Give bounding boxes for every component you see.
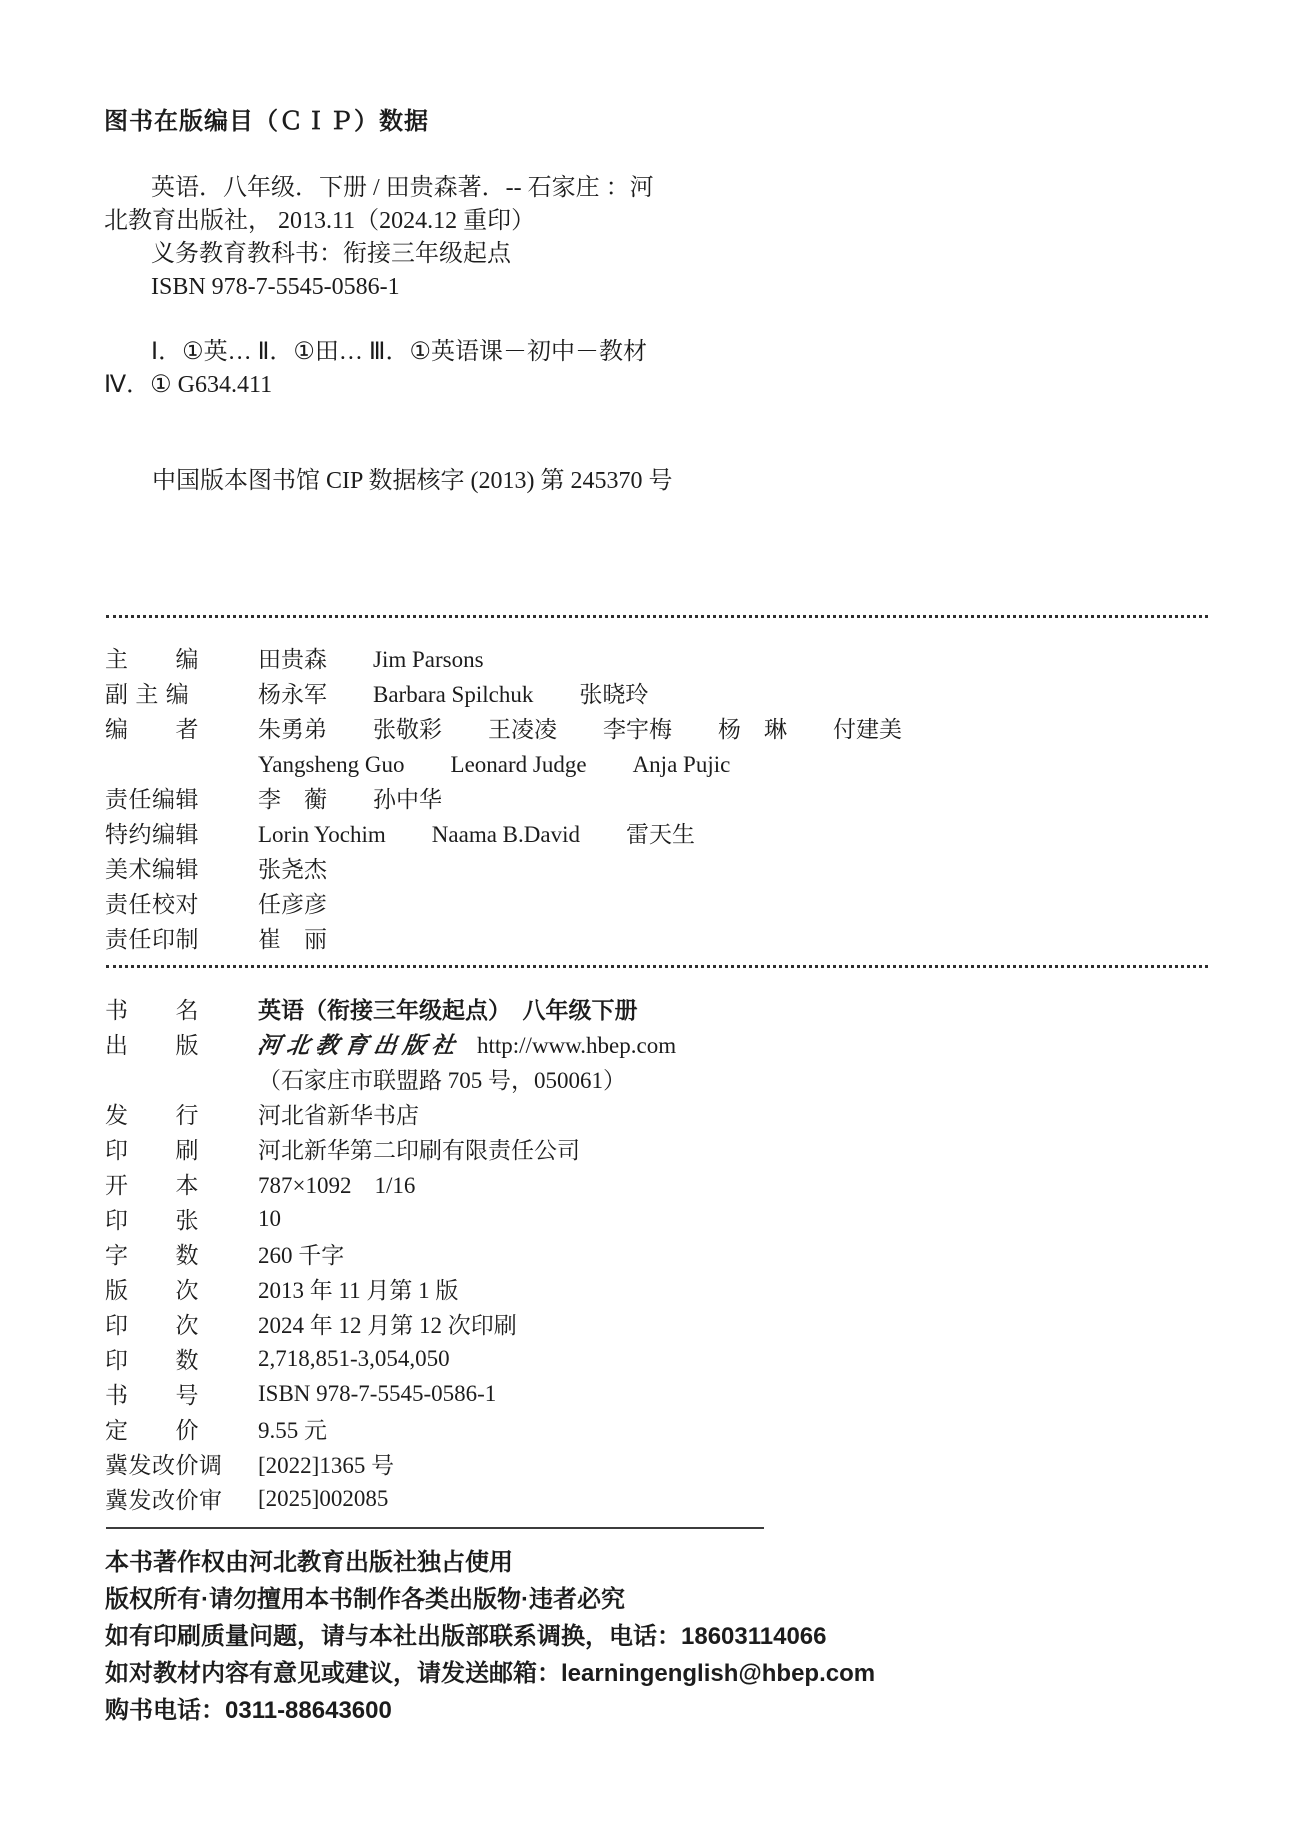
- publication-row-publisher: 出 版 河北教育出版社http://www.hbep.com: [105, 1026, 676, 1061]
- credit-names: Yangsheng Guo Leonard Judge Anja Pujic: [258, 746, 730, 779]
- publication-field-label: 冀发改价调: [105, 1447, 197, 1480]
- credits-row-print-supervisor: 责任印制 崔 丽: [105, 920, 902, 955]
- cip-record-line: 义务教育教科书：衔接三年级起点: [104, 238, 824, 271]
- publication-row-word-count: 字 数 260 千字: [105, 1236, 676, 1271]
- credits-row-authors-continued: Yangsheng Guo Leonard Judge Anja Pujic: [105, 745, 902, 780]
- credit-names: Lorin Yochim Naama B.David 雷天生: [258, 816, 695, 849]
- publication-block: 书 名 英语（衔接三年级起点） 八年级下册 出 版 河北教育出版社http://…: [105, 991, 676, 1516]
- cip-registry-number: 中国版本图书馆 CIP 数据核字 (2013) 第 245370 号: [152, 460, 672, 495]
- publication-field-value: 2,718,851-3,054,050: [258, 1346, 450, 1372]
- notice-phone-number: 0311-88643600: [225, 1697, 392, 1724]
- notice-line-feedback-email: 如对教材内容有意见或建议，请发送邮箱：learningenglish@hbep.…: [105, 1655, 875, 1692]
- publication-row-print-run: 印 数 2,718,851-3,054,050: [105, 1341, 676, 1376]
- cip-header: 图书在版编目（ＣＩＰ）数据: [104, 101, 429, 136]
- cip-record-line: ISBN 978-7-5545-0586-1: [104, 271, 824, 304]
- publication-field-value: 2024 年 12 月第 12 次印刷: [258, 1307, 517, 1340]
- publication-field-value: 2013 年 11 月第 1 版: [258, 1272, 458, 1305]
- publication-field-value: 10: [258, 1206, 281, 1232]
- publication-field-value: [2022]1365 号: [258, 1447, 394, 1480]
- credit-names: 任彦彦: [258, 886, 327, 919]
- publication-row-sheets: 印 张 10: [105, 1201, 676, 1236]
- publication-field-label: 印 次: [105, 1307, 197, 1340]
- solid-divider: [106, 1527, 764, 1529]
- dotted-divider-top: [106, 615, 1208, 618]
- publication-field-label: 书 名: [105, 992, 197, 1025]
- publication-row-isbn: 书 号 ISBN 978-7-5545-0586-1: [105, 1376, 676, 1411]
- publication-field-label: 出 版: [105, 1027, 197, 1060]
- notice-line-all-rights-reserved: 版权所有·请勿擅用本书制作各类出版物·违者必究: [105, 1581, 875, 1618]
- publication-field-label: 发 行: [105, 1097, 197, 1130]
- credit-role-label: 副 主 编: [105, 676, 197, 709]
- cip-record: 英语．八年级．下册 / 田贵森著．-- 石家庄 ：河 北教育出版社， 2013.…: [104, 172, 824, 304]
- cip-record-line: 北教育出版社， 2013.11（2024.12 重印）: [104, 205, 824, 238]
- credits-row-deputy-editor: 副 主 编 杨永军 Barbara Spilchuk 张晓玲: [105, 675, 902, 710]
- book-title: 英语（衔接三年级起点） 八年级下册: [258, 992, 638, 1025]
- publication-field-label: 版 次: [105, 1272, 197, 1305]
- publication-field-label: 印 刷: [105, 1132, 197, 1165]
- credits-row-chief-editor: 主 编 田贵森 Jim Parsons: [105, 640, 902, 675]
- cip-classification-line: Ⅳ．① G634.411: [104, 369, 824, 402]
- publisher-value: 河北教育出版社http://www.hbep.com: [258, 1027, 676, 1060]
- cip-record-line: 英语．八年级．下册 / 田贵森著．-- 石家庄 ：河: [104, 172, 824, 205]
- publication-row-edition: 版 次 2013 年 11 月第 1 版: [105, 1271, 676, 1306]
- dotted-divider-bottom: [106, 965, 1208, 968]
- publication-field-value: 河北省新华书店: [258, 1097, 419, 1130]
- credit-names: 李 蘅 孙中华: [258, 781, 442, 814]
- publication-field-value: ISBN 978-7-5545-0586-1: [258, 1381, 496, 1407]
- publication-field-label: 冀发改价审: [105, 1482, 197, 1515]
- publication-field-value: [2025]002085: [258, 1486, 388, 1512]
- credits-row-art-editor: 美术编辑 张尧杰: [105, 850, 902, 885]
- publication-row-price-adjustment: 冀发改价调 [2022]1365 号: [105, 1446, 676, 1481]
- credits-row-proofreader: 责任校对 任彦彦: [105, 885, 902, 920]
- notice-email-address: learningenglish@hbep.com: [561, 1660, 875, 1687]
- credit-role-label: 责任校对: [105, 886, 197, 919]
- credit-names: 杨永军 Barbara Spilchuk 张晓玲: [258, 676, 648, 709]
- notice-text: 如有印刷质量问题，请与本社出版部联系调换，电话：: [105, 1623, 681, 1650]
- publisher-url: http://www.hbep.com: [477, 1033, 676, 1058]
- cip-classification: Ⅰ．①英… Ⅱ．①田… Ⅲ．①英语课－初中－教材 Ⅳ．① G634.411: [104, 336, 824, 402]
- notice-line-purchase-phone: 购书电话：0311-88643600: [105, 1692, 875, 1729]
- publication-field-label: 书 号: [105, 1377, 197, 1410]
- notice-phone-number: 18603114066: [681, 1623, 827, 1650]
- notice-text: 版权所有·请勿擅用本书制作各类出版物·违者必究: [105, 1586, 625, 1613]
- publication-row-printer: 印 刷 河北新华第二印刷有限责任公司: [105, 1131, 676, 1166]
- notice-text: 如对教材内容有意见或建议，请发送邮箱：: [105, 1660, 561, 1687]
- publication-field-label: 印 数: [105, 1342, 197, 1375]
- credits-block: 主 编 田贵森 Jim Parsons 副 主 编 杨永军 Barbara Sp…: [105, 640, 902, 955]
- publication-field-label: 开 本: [105, 1167, 197, 1200]
- credit-role-label: 特约编辑: [105, 816, 197, 849]
- publication-row-impression: 印 次 2024 年 12 月第 12 次印刷: [105, 1306, 676, 1341]
- publication-field-label: 定 价: [105, 1412, 197, 1445]
- publisher-address: （石家庄市联盟路 705 号，050061）: [258, 1062, 626, 1095]
- publication-row-title: 书 名 英语（衔接三年级起点） 八年级下册: [105, 991, 676, 1026]
- credit-names: 朱勇弟 张敬彩 王凌凌 李宇梅 杨 琳 付建美: [258, 711, 902, 744]
- credits-row-authors: 编 者 朱勇弟 张敬彩 王凌凌 李宇梅 杨 琳 付建美: [105, 710, 902, 745]
- credit-role-label: 主 编: [105, 641, 197, 674]
- publication-field-value: 260 千字: [258, 1237, 344, 1270]
- publication-row-distributor: 发 行 河北省新华书店: [105, 1096, 676, 1131]
- credit-role-label: 编 者: [105, 711, 197, 744]
- publication-field-value: 787×1092 1/16: [258, 1167, 415, 1200]
- credits-row-responsible-editor: 责任编辑 李 蘅 孙中华: [105, 780, 902, 815]
- credit-names: 田贵森 Jim Parsons: [258, 641, 484, 674]
- publication-row-price: 定 价 9.55 元: [105, 1411, 676, 1446]
- credits-row-special-editor: 特约编辑 Lorin Yochim Naama B.David 雷天生: [105, 815, 902, 850]
- publication-field-label: 印 张: [105, 1202, 197, 1235]
- copyright-page: 图书在版编目（ＣＩＰ）数据 英语．八年级．下册 / 田贵森著．-- 石家庄 ：河…: [0, 0, 1311, 1842]
- copyright-notices: 本书著作权由河北教育出版社独占使用 版权所有·请勿擅用本书制作各类出版物·违者必…: [105, 1544, 875, 1729]
- notice-text: 购书电话：: [105, 1697, 225, 1724]
- notice-line-print-quality-phone: 如有印刷质量问题，请与本社出版部联系调换，电话：18603114066: [105, 1618, 875, 1655]
- notice-text: 本书著作权由河北教育出版社独占使用: [105, 1549, 513, 1576]
- notice-line-exclusive-rights: 本书著作权由河北教育出版社独占使用: [105, 1544, 875, 1581]
- credit-role-label: 责任印制: [105, 921, 197, 954]
- publisher-logo-script: 河北教育出版社: [256, 1027, 464, 1060]
- credit-names: 张尧杰: [258, 851, 327, 884]
- publication-row-format: 开 本 787×1092 1/16: [105, 1166, 676, 1201]
- publication-row-price-review: 冀发改价审 [2025]002085: [105, 1481, 676, 1516]
- publication-field-value: 河北新华第二印刷有限责任公司: [258, 1132, 580, 1165]
- publication-row-publisher-address: （石家庄市联盟路 705 号，050061）: [105, 1061, 676, 1096]
- credit-names: 崔 丽: [258, 921, 327, 954]
- credit-role-label: 责任编辑: [105, 781, 197, 814]
- publication-field-value: 9.55 元: [258, 1412, 327, 1445]
- cip-classification-line: Ⅰ．①英… Ⅱ．①田… Ⅲ．①英语课－初中－教材: [104, 336, 824, 369]
- credit-role-label: 美术编辑: [105, 851, 197, 884]
- publication-field-label: 字 数: [105, 1237, 197, 1270]
